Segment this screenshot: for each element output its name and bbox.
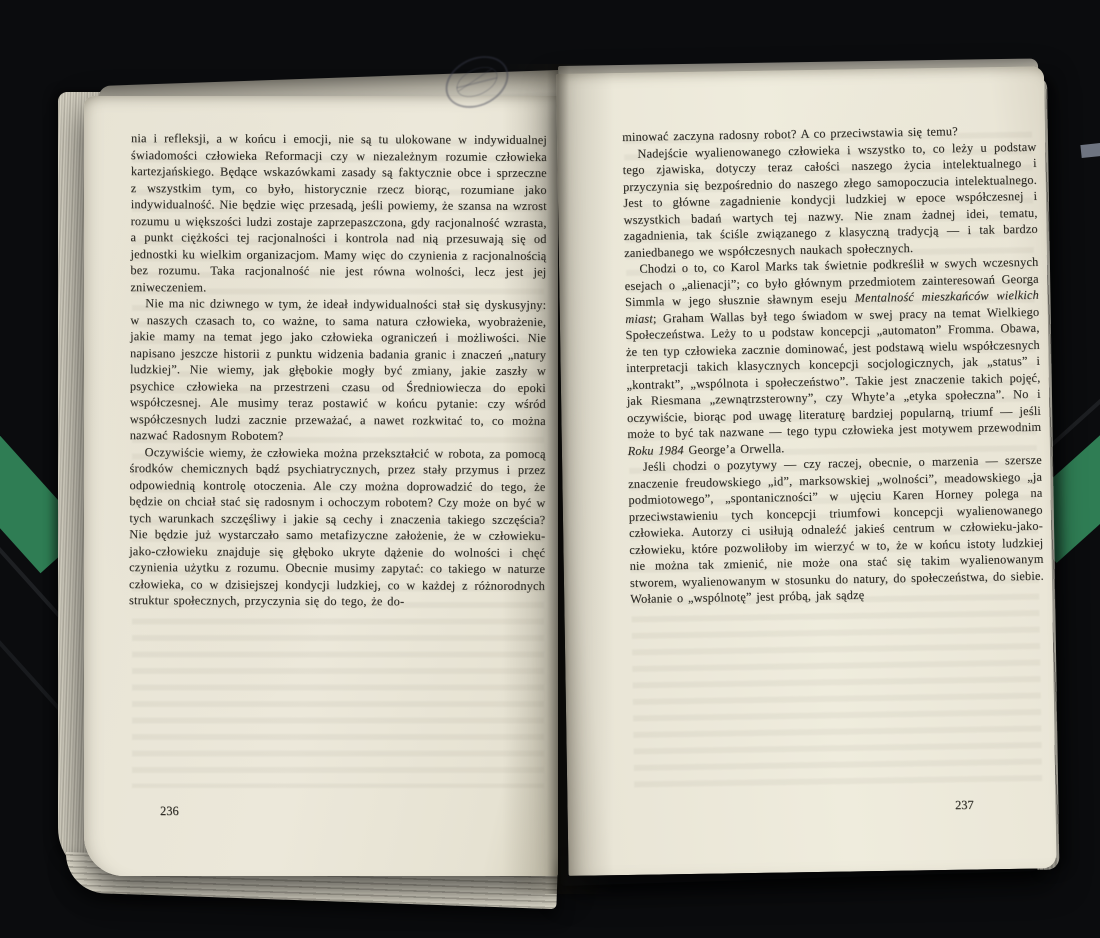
paragraph: nia i refleksji, a w końcu i emocji, nie… bbox=[130, 130, 547, 297]
paragraph: Oczywiście wiemy, że człowieka można prz… bbox=[129, 444, 546, 611]
text-run: George’a Orwella. bbox=[684, 441, 785, 457]
text-run: Jeśli chodzi o pozytywy — czy raczej, ob… bbox=[628, 453, 1044, 606]
right-page-text: minować zaczyna radosny robot? A co prze… bbox=[622, 122, 1044, 608]
page-number-right: 237 bbox=[955, 798, 974, 813]
text-run: Nadejście wyalienowanego człowieka i wsz… bbox=[623, 139, 1038, 259]
page-number-left: 236 bbox=[160, 804, 179, 819]
paragraph: Chodzi o to, co Karol Marks tak świetnie… bbox=[624, 254, 1041, 459]
paragraph: Nie ma nic dziwnego w tym, że ideał indy… bbox=[130, 295, 547, 445]
text-run: Nie ma nic dziwnego w tym, że ideał indy… bbox=[130, 296, 547, 443]
left-page-text: nia i refleksji, a w końcu i emocji, nie… bbox=[129, 130, 547, 610]
text-run: ; Graham Wallas był tego świadom w swej … bbox=[625, 304, 1041, 441]
library-stamp-inner bbox=[452, 61, 503, 104]
text-run: Oczywiście wiemy, że człowieka można prz… bbox=[129, 445, 546, 609]
jacket-fragment bbox=[1080, 143, 1100, 158]
text-run: nia i refleksji, a w końcu i emocji, nie… bbox=[130, 131, 547, 294]
paragraph: Jeśli chodzi o pozytywy — czy raczej, ob… bbox=[628, 452, 1045, 608]
italic-text-run: Roku 1984 bbox=[627, 442, 683, 457]
paragraph: Nadejście wyalienowanego człowieka i wsz… bbox=[622, 138, 1038, 261]
